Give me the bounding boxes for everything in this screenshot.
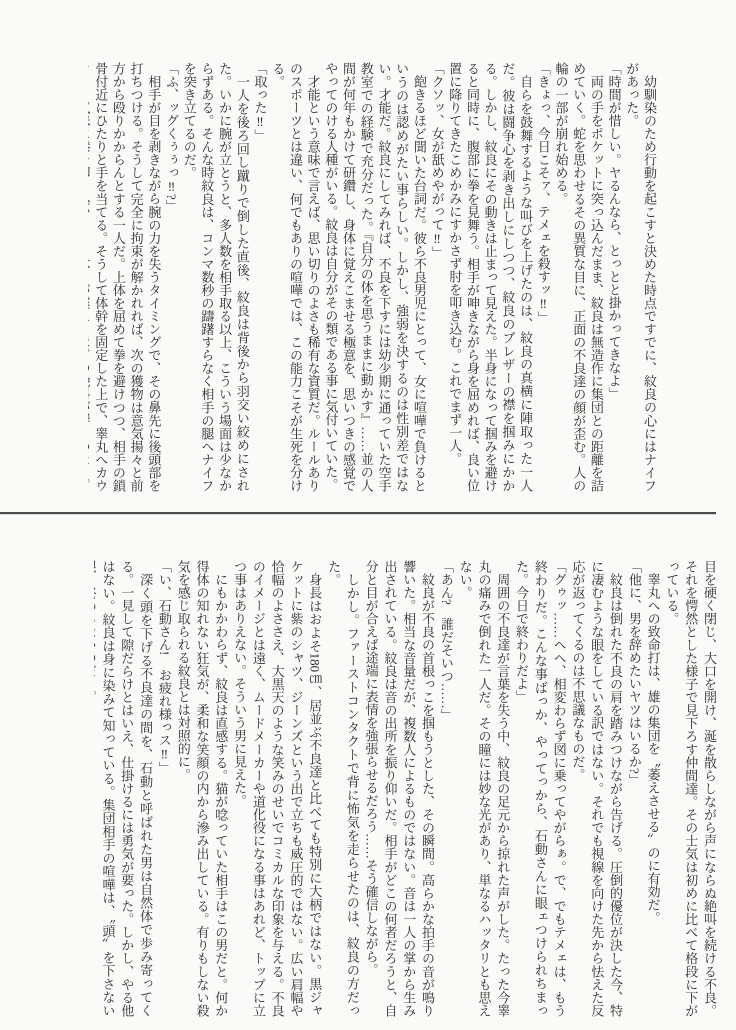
dialogue-paragraph: 「グゥッ……ヘヘ、相変わらず図に乗ってやがらぁ。で、でもテメェは、もう終わりだ。… (511, 560, 567, 1017)
paragraph: 一人を後ろ回し蹴りで倒した直後、紋良は背後から羽交い絞めにされた。いかに腕が立と… (180, 62, 251, 492)
paragraph: 睾丸への致命打は、雄の集団を〝萎えさせる〟のに有効だ。 (643, 560, 662, 1017)
dialogue-paragraph: 「時間が惜しい。ヤるんなら、とっとと掛かってきなよ」 (605, 62, 623, 492)
paragraph: 才能という意味で言えば、思い切りのよさも稀有な資質だ。ルールありのスポーツとは違… (269, 62, 322, 492)
text-block-bottom: 目を硬く閉じ、大口を開け、涎を散らしながら声にならぬ絶叫を続ける不良。それを愕然… (94, 560, 718, 1017)
paragraph: 相手が目を剥きながら腕の力を失うタイミングで、その鼻先に後頭部を打ちつける。そう… (88, 62, 162, 492)
paragraph: 身長はおよそ180㎝、居並ぶ不良達と比べても特別に大柄ではない。黒ジャケットに紫… (229, 560, 323, 1017)
paragraph: 幼馴染のため行動を起こすと決めた時点ですでに、紋良の心にはナイフがあった。 (623, 62, 658, 492)
paragraph: 紋良が不良の首根っこを掴もうとした、その瞬間。高らかな拍手の音が鳴り響いた。相当… (361, 560, 436, 1017)
paragraph: 両の手をポケットに突っ込んだまま、紋良は無造作に集団との距離を詰めていく。蛇を思… (552, 62, 605, 492)
novel-page: 幼馴染のため行動を起こすと決めた時点ですでに、紋良の心にはナイフがあった。 「時… (0, 0, 736, 1030)
dialogue-paragraph: 「ふ、ッグくぅぅっ‼?」 (162, 62, 180, 492)
dialogue-paragraph: 「クソッ、女が舐めやがって‼」 (428, 62, 446, 492)
paragraph: 飽きるほど聞いた台詞だ。彼ら不良男児にとって、女に喧嘩で負けるというのは認めがた… (322, 62, 428, 492)
paragraph: 目を硬く閉じ、大口を開け、涎を散らしながら声にならぬ絶叫を続ける不良。それを愕然… (662, 560, 718, 1017)
dialogue-paragraph: 「い、石動さん! お疲れ様っス‼」 (154, 560, 173, 1017)
paragraph: 自らを鼓舞するような叫びを上げたのは、紋良の真横に陣取った一人だ。彼は闘争心を剥… (446, 62, 535, 492)
section-divider-rule (0, 512, 716, 514)
dialogue-paragraph: 「取った‼」 (251, 62, 269, 492)
paragraph: 深く頭を下げる不良達の間を、石動と呼ばれた男は自然体で歩み寄ってくる。一見して隙… (94, 560, 154, 1017)
paragraph: 周囲の不良達が言葉を失う中、紋良の足元から掠れた声がした。たった今睾丸の痛みで倒… (455, 560, 511, 1017)
paragraph: 紋良は倒れた不良の肩を踏みつけながら告げる。圧倒的優位が決した今、特に凄むような… (568, 560, 624, 1017)
paragraph: しかし。ファーストコンタクトで背に怖気を走らせたのは、紋良の方だった。 (323, 560, 361, 1017)
dialogue-paragraph: 「他に、男を辞めたいヤツはいるか?」 (624, 560, 643, 1017)
dialogue-paragraph: 「きょっ、今日こそァ、テメェを殺すッ‼」 (534, 62, 552, 492)
dialogue-paragraph: 「あん? 誰だそいつ……」 (436, 560, 455, 1017)
paragraph: にもかかわらず、紋良は直感する。猫が唸っていた相手はこの男だと。何か得体の知れな… (173, 560, 229, 1017)
text-block-top: 幼馴染のため行動を起こすと決めた時点ですでに、紋良の心にはナイフがあった。 「時… (88, 62, 658, 492)
